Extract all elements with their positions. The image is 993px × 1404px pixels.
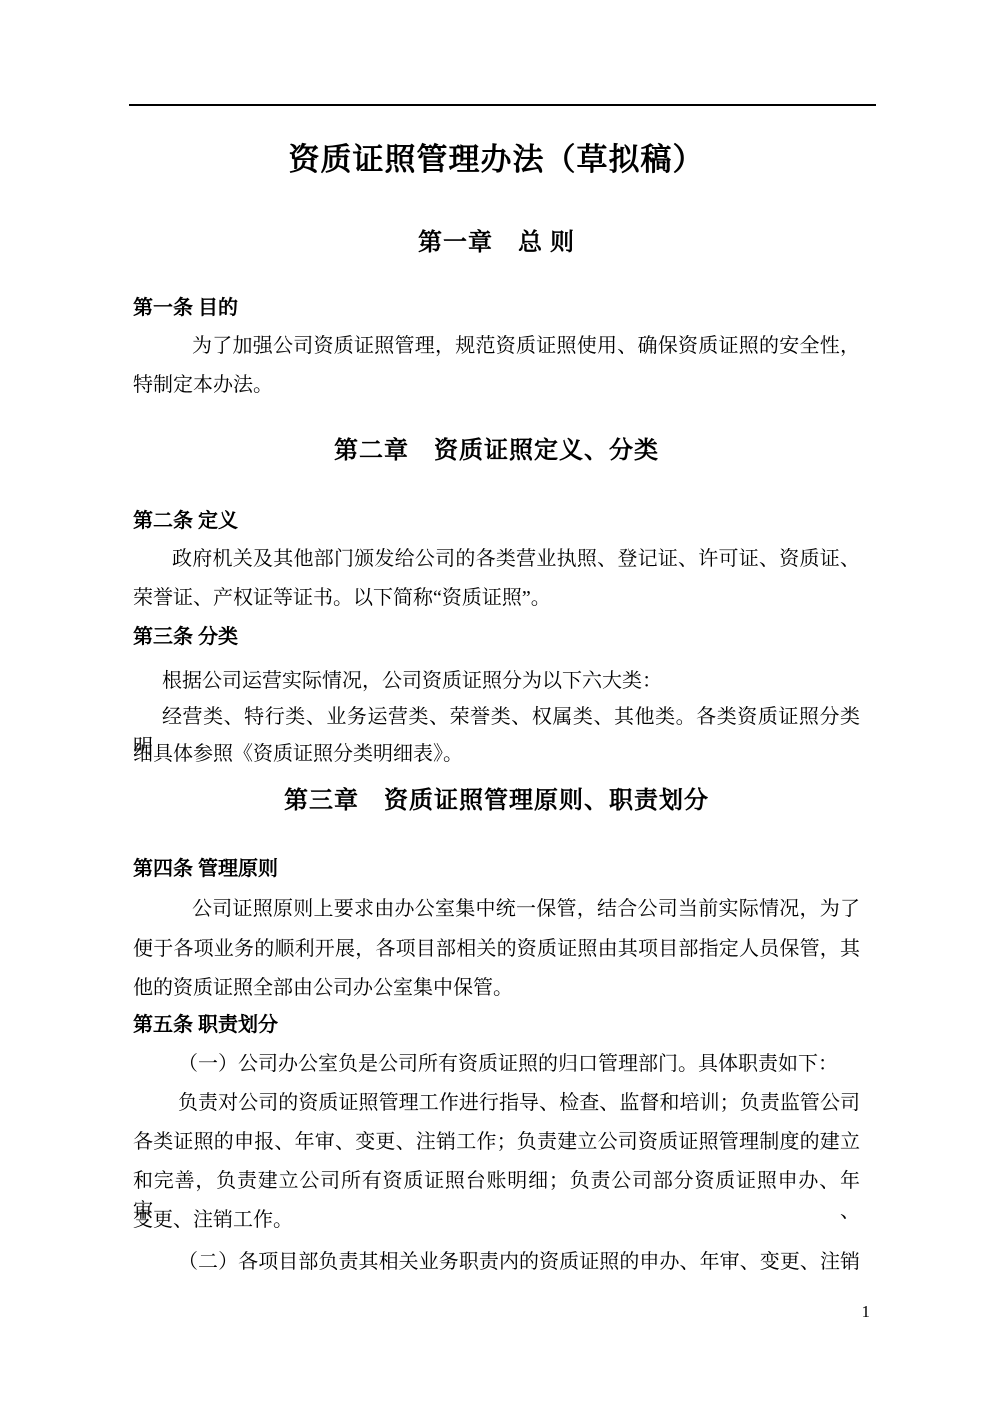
document-title: 资质证照管理办法（草拟稿） — [0, 139, 993, 181]
paragraph-line: 各类证照的申报、年审、变更、注销工作；负责建立公司资质证照管理制度的建立 — [133, 1127, 860, 1157]
paragraph-line: 细具体参照《资质证照分类明细表》。 — [133, 739, 860, 769]
article-5-heading: 第五条 职责划分 — [133, 1010, 860, 1040]
paragraph-line: （二）各项目部负责其相关业务职责内的资质证照的申办、年审、变更、注销 — [133, 1247, 860, 1277]
page-number: 1 — [133, 1300, 870, 1324]
article-4-heading: 第四条 管理原则 — [133, 854, 860, 884]
paragraph-line: 负责对公司的资质证照管理工作进行指导、检查、监督和培训；负责监管公司 — [133, 1088, 860, 1118]
article-1-heading: 第一条 目的 — [133, 293, 860, 323]
paragraph-line: 根据公司运营实际情况，公司资质证照分为以下六大类： — [133, 666, 860, 696]
paragraph-line: 变更、注销工作。 — [133, 1205, 860, 1235]
paragraph-line: （一）公司办公室负是公司所有资质证照的归口管理部门。具体职责如下： — [133, 1049, 860, 1079]
chapter-2-heading: 第二章 资质证照定义、分类 — [0, 433, 993, 469]
article-2-heading: 第二条 定义 — [133, 506, 860, 536]
chapter-3-heading: 第三章 资质证照管理原则、职责划分 — [0, 783, 993, 819]
paragraph-line: 他的资质证照全部由公司办公室集中保管。 — [133, 973, 860, 1003]
paragraph-line: 荣誉证、产权证等证书。以下简称“资质证照”。 — [133, 583, 860, 613]
header-rule — [129, 104, 876, 106]
paragraph-line: 便于各项业务的顺利开展，各项目部相关的资质证照由其项目部指定人员保管，其 — [133, 934, 860, 964]
paragraph-line: 公司证照原则上要求由办公室集中统一保管，结合公司当前实际情况，为了 — [133, 894, 860, 924]
chapter-1-heading: 第一章 总 则 — [0, 225, 993, 261]
article-3-heading: 第三条 分类 — [133, 622, 860, 652]
paragraph-line: 为了加强公司资质证照管理，规范资质证照使用、确保资质证照的安全性， — [133, 331, 860, 361]
paragraph-line: 特制定本办法。 — [133, 370, 860, 400]
document-page: 资质证照管理办法（草拟稿） 第一章 总 则 第一条 目的 为了加强公司资质证照管… — [0, 0, 993, 1404]
paragraph-line: 政府机关及其他部门颁发给公司的各类营业执照、登记证、许可证、资质证、 — [133, 544, 860, 574]
